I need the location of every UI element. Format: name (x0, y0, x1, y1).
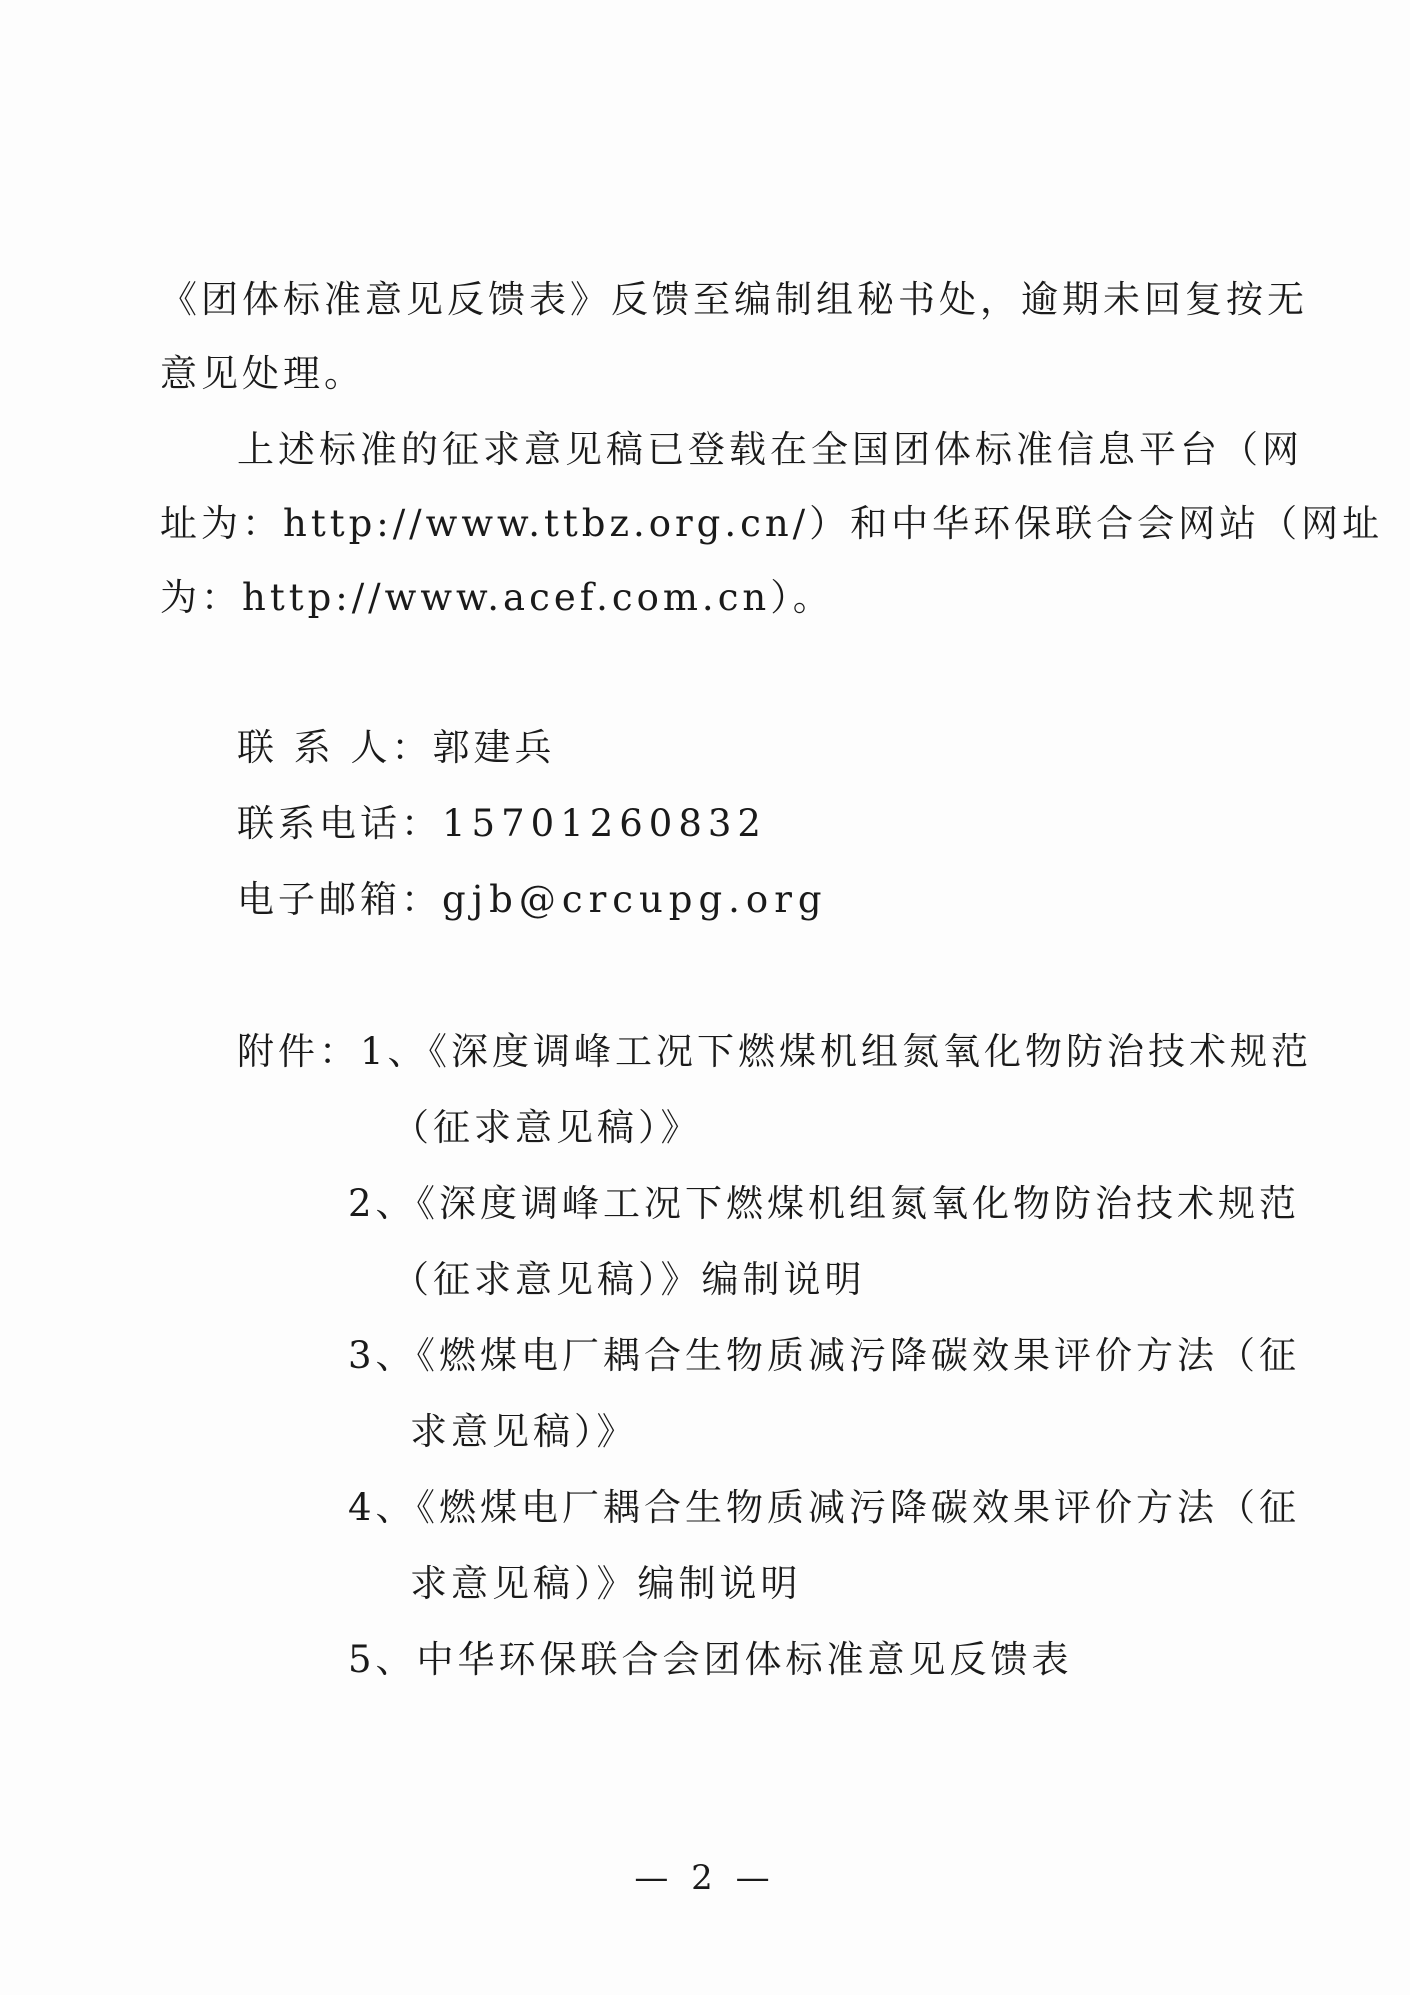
attachment-4-title: 《燃煤电厂耦合生物质减污降碳效果评价方法（征 (417, 1486, 1301, 1529)
attachment-1-title: 《深度调峰工况下燃煤机组氮氧化物防治技术规范 (429, 1030, 1313, 1073)
paragraph-1-line-1: 《团体标准意见反馈表》反馈至编制组秘书处，逾期未回复按无 (160, 278, 1308, 322)
attachment-1-line-1: 附件：1、《深度调峰工况下燃煤机组氮氧化物防治技术规范 (237, 1030, 1312, 1074)
attachment-3-title: 《燃煤电厂耦合生物质减污降碳效果评价方法（征 (417, 1334, 1301, 1377)
paragraph-2-line-3: 为：http://www.acef.com.cn）。 (160, 576, 834, 620)
attachments-label: 附件： (237, 1030, 360, 1073)
attachment-2-number: 2、 (348, 1182, 417, 1225)
attachment-3-line-1: 3、《燃煤电厂耦合生物质减污降碳效果评价方法（征 (348, 1334, 1300, 1378)
attachment-1-line-2: （征求意见稿）》 (392, 1106, 702, 1150)
page-number: — 2 — (0, 1858, 1410, 1898)
contact-person-label: 联 系 人： (237, 726, 433, 769)
contact-person: 联 系 人：郭建兵 (237, 726, 556, 770)
attachment-5-line-1: 5、中华环保联合会团体标准意见反馈表 (348, 1638, 1073, 1682)
attachment-3-number: 3、 (348, 1334, 417, 1377)
attachment-5-number: 5、 (348, 1638, 417, 1681)
attachment-1-number: 1、 (360, 1030, 429, 1073)
contact-email-value: gjb@crcupg.org (442, 878, 828, 921)
paragraph-2-line-1: 上述标准的征求意见稿已登载在全国团体标准信息平台（网 (237, 428, 1303, 472)
document-page: 《团体标准意见反馈表》反馈至编制组秘书处，逾期未回复按无 意见处理。 上述标准的… (0, 0, 1410, 1995)
attachment-3-line-2: 求意见稿）》 (410, 1410, 638, 1454)
attachment-2-line-1: 2、《深度调峰工况下燃煤机组氮氧化物防治技术规范 (348, 1182, 1300, 1226)
attachment-2-title: 《深度调峰工况下燃煤机组氮氧化物防治技术规范 (417, 1182, 1301, 1225)
contact-phone: 联系电话：15701260832 (237, 802, 767, 846)
attachment-4-line-2: 求意见稿）》编制说明 (410, 1562, 802, 1606)
contact-phone-label: 联系电话： (237, 802, 442, 845)
attachment-4-number: 4、 (348, 1486, 417, 1529)
paragraph-2-line-2: 址为：http://www.ttbz.org.cn/）和中华环保联合会网站（网址 (160, 502, 1383, 546)
attachment-2-line-2: （征求意见稿）》编制说明 (392, 1258, 866, 1302)
attachment-4-line-1: 4、《燃煤电厂耦合生物质减污降碳效果评价方法（征 (348, 1486, 1300, 1530)
contact-person-value: 郭建兵 (433, 726, 556, 769)
contact-phone-value: 15701260832 (442, 802, 767, 845)
paragraph-1-line-2: 意见处理。 (160, 352, 365, 396)
contact-email: 电子邮箱：gjb@crcupg.org (237, 878, 828, 922)
attachment-5-title: 中华环保联合会团体标准意见反馈表 (417, 1638, 1073, 1681)
contact-email-label: 电子邮箱： (237, 878, 442, 921)
